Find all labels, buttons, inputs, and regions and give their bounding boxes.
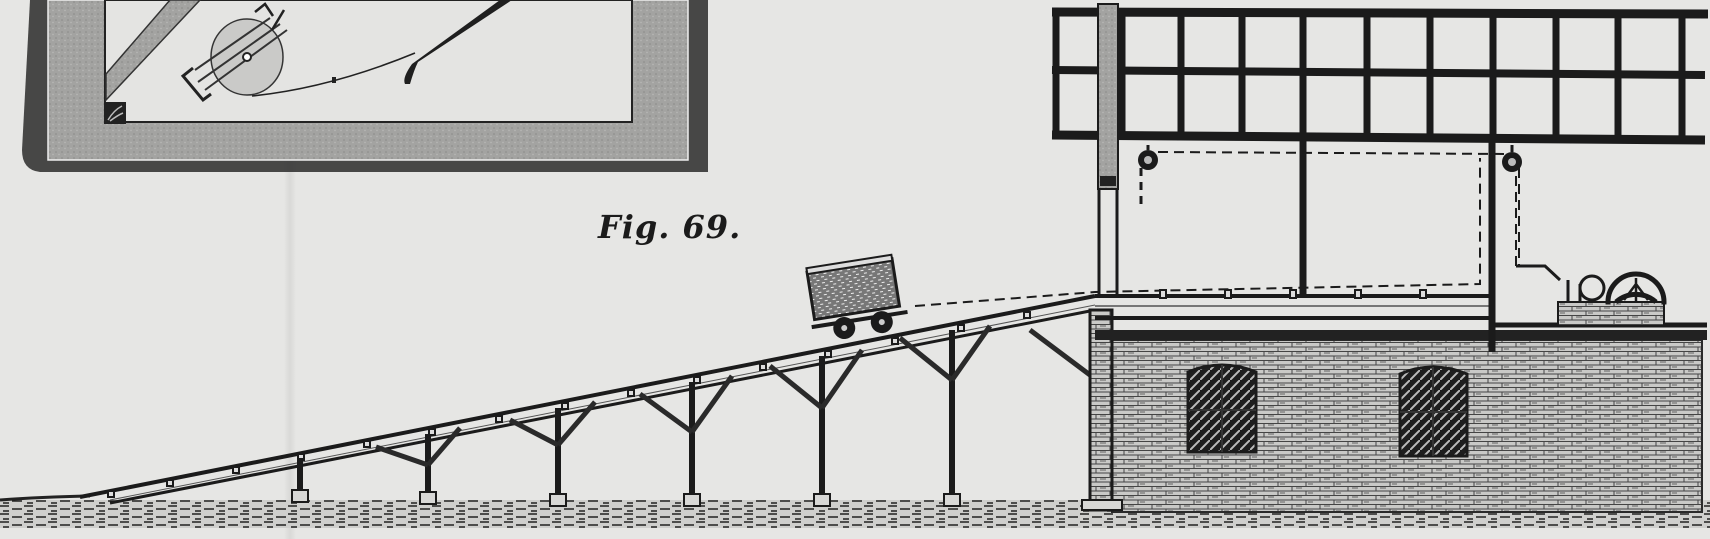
inset-detail-frame (22, 0, 708, 172)
inclined-tramway (80, 296, 1095, 506)
winding-engine (1516, 160, 1664, 330)
trestle-posts (300, 330, 952, 497)
haul-rope (915, 158, 1480, 306)
main-post (1098, 4, 1118, 189)
overhead-lattice-frame (1052, 8, 1708, 140)
mine-cart (802, 254, 910, 344)
building-window (1400, 367, 1467, 456)
overhead-rope (1158, 152, 1510, 154)
engraving-illustration (0, 0, 1710, 539)
pulley-left-icon (1138, 145, 1158, 170)
figure-caption: Fig. 69. (598, 208, 741, 246)
pulley-right-icon (1502, 145, 1522, 172)
building-window (1188, 365, 1256, 452)
engine-crank (1516, 266, 1560, 280)
